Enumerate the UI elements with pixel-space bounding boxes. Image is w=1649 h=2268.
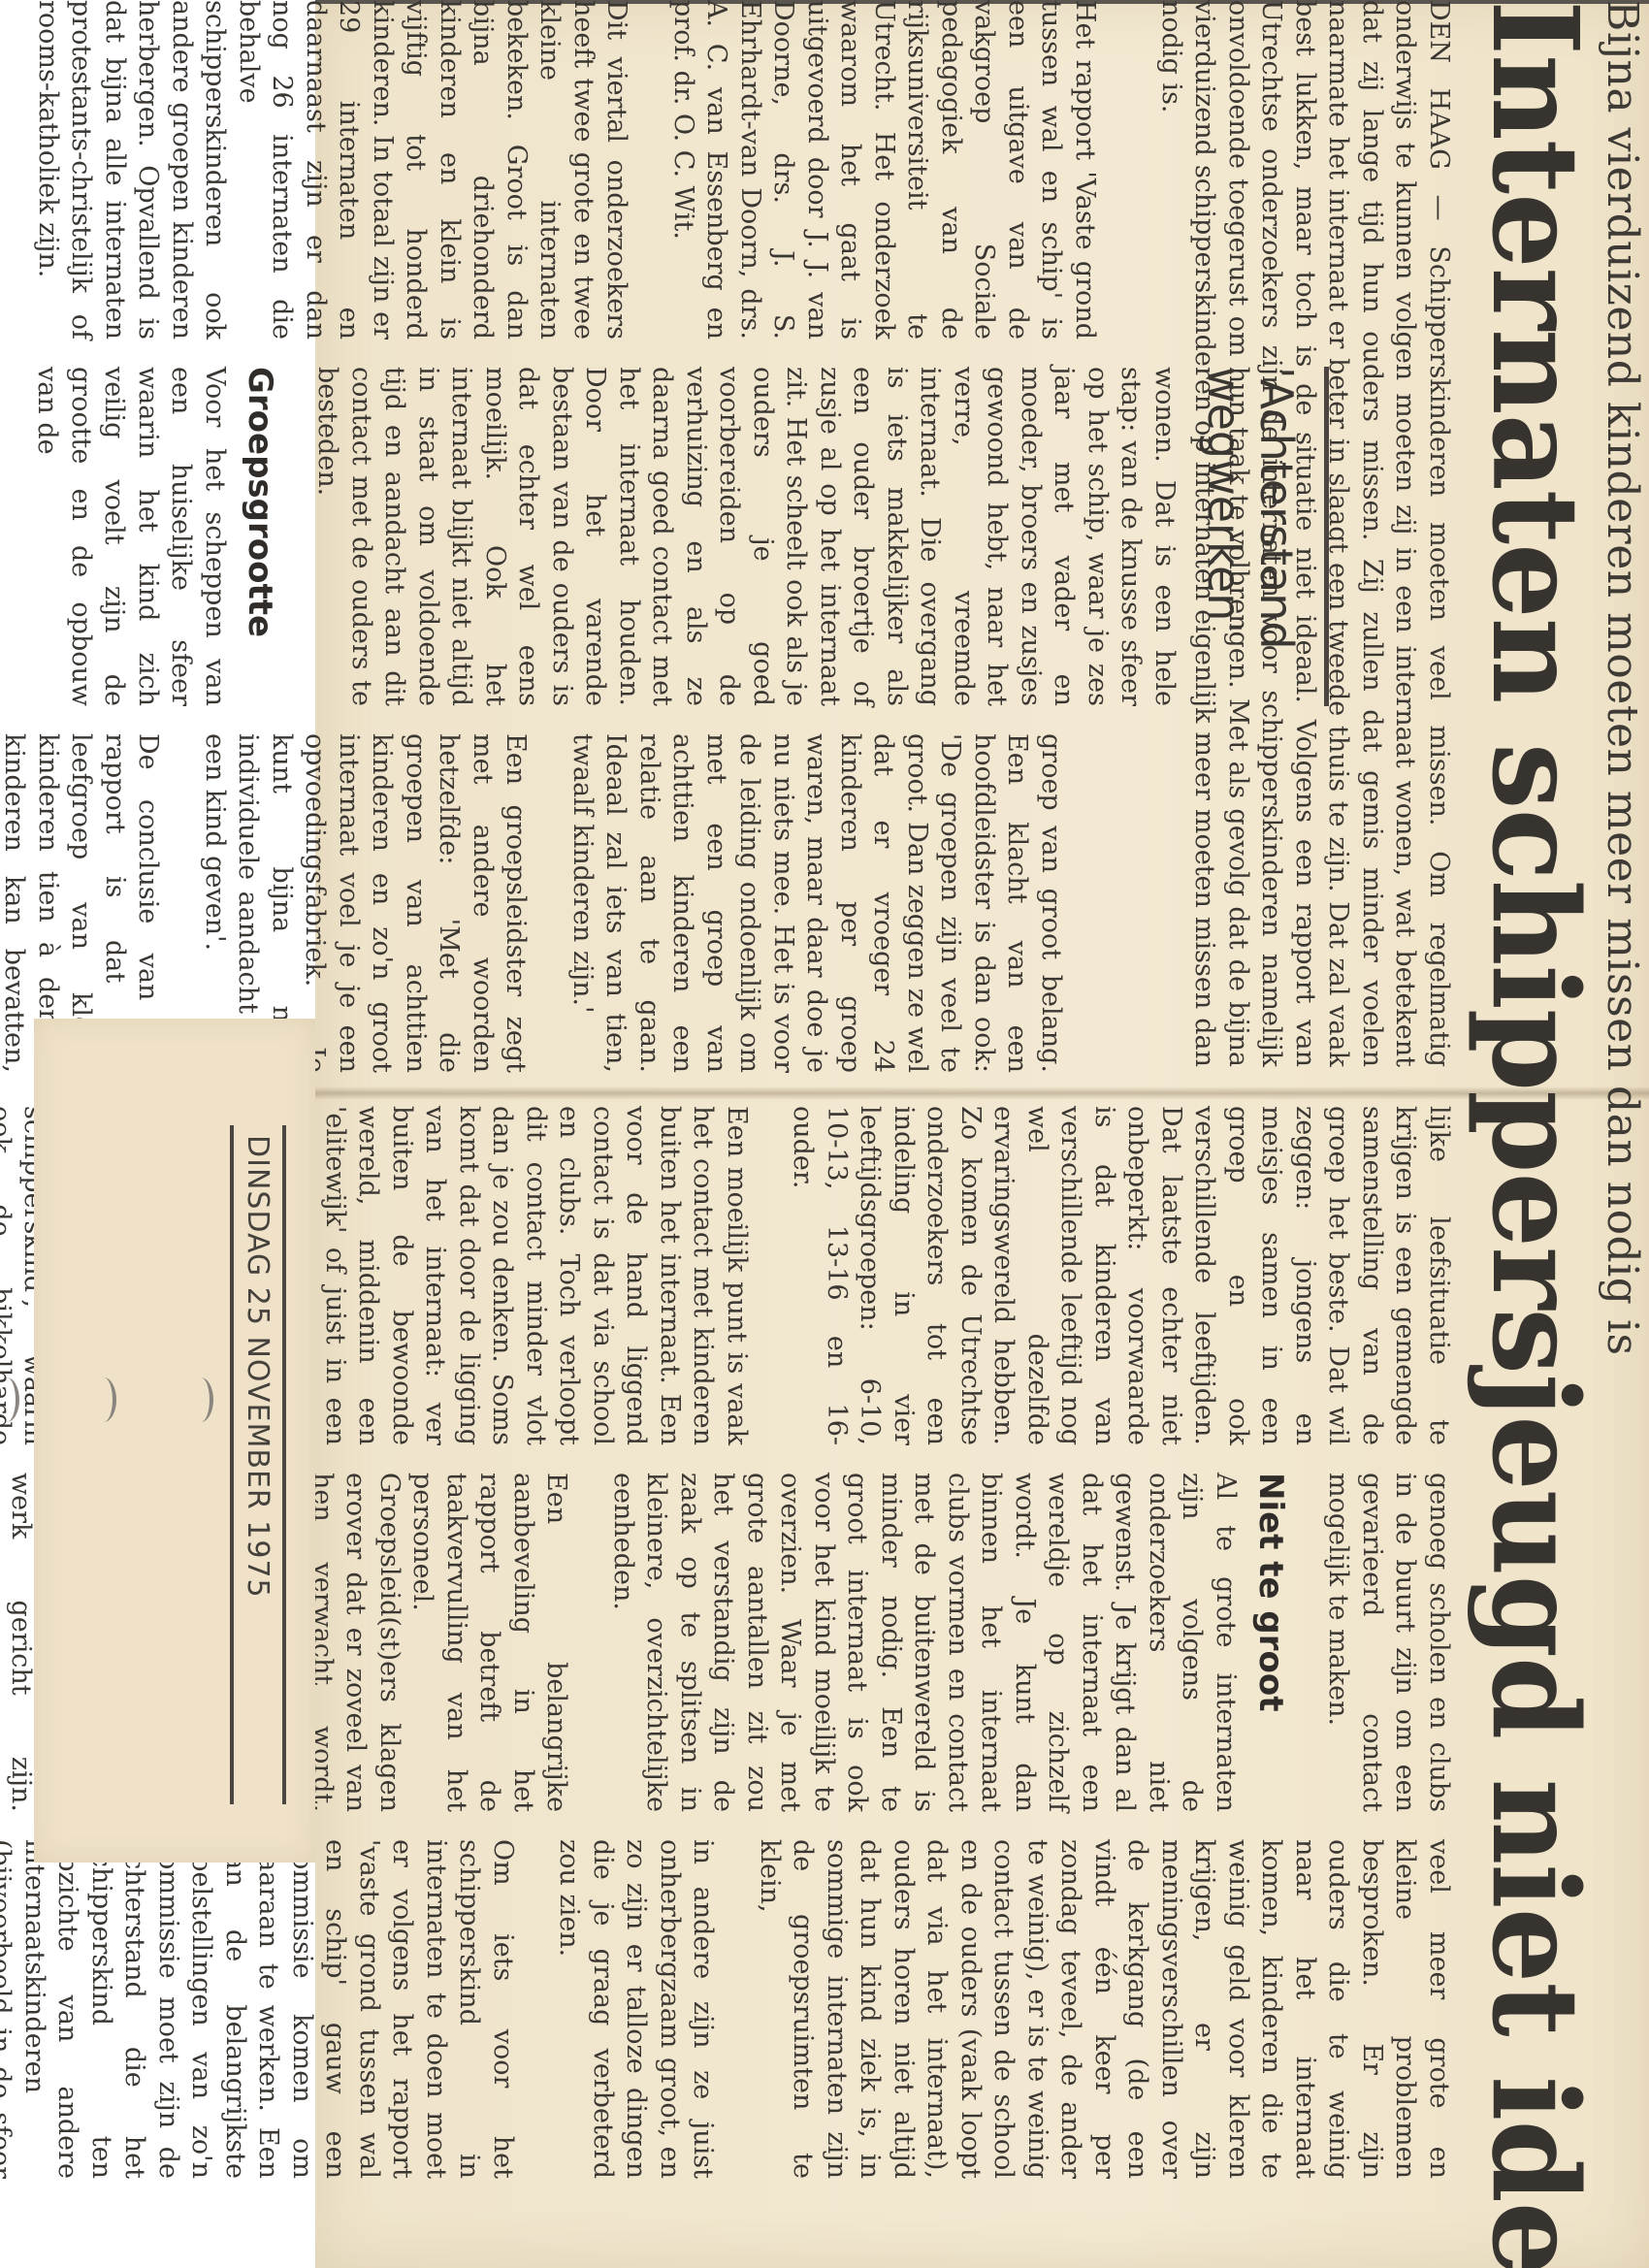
article-paragraph: wonen. Dat is een hele stap: van de knus… (310, 367, 1180, 706)
article-paragraph: Om iets voor het schipperskind in intern… (0, 1839, 519, 2179)
newspaper-clipping: Bijna vierduizend kinderen moeten meer m… (315, 0, 1649, 2268)
section-subheading: Groepsgrootte (239, 367, 281, 706)
rotated-scan: Bijna vierduizend kinderen moeten meer m… (0, 0, 1649, 2268)
article-column-2: 'Achterstand wegwerken'wonen. Dat is een… (30, 367, 1329, 706)
punch-hole-icon (91, 1377, 116, 1422)
box-heading: 'Achterstand wegwerken' (1180, 367, 1329, 706)
article-paragraph: Dit viertal onderzoekers heeft twee grot… (31, 0, 633, 340)
article-paragraph: Het rapport 'Vaste grond tussen wal en s… (666, 0, 1102, 340)
paper-fold (315, 1086, 1649, 1100)
article-column-1: Het rapport 'Vaste grond tussen wal en s… (0, 0, 1101, 340)
article-paragraph: groep van groot belang. Een klacht van e… (566, 733, 1068, 1073)
publication-date: DINSDAG 25 NOVEMBER 1975 (242, 1125, 275, 1599)
article-paragraph: lijke leefsituatie te krijgen is een gem… (786, 1106, 1455, 1445)
date-tab: DINSDAG 25 NOVEMBER 1975 (34, 1019, 315, 1863)
article-paragraph: in andere zijn ze juist onherbergzaam gr… (552, 1839, 720, 2179)
punch-hole-icon (188, 1377, 213, 1422)
headline: Internaten schippersjeugd niet ideaal (1472, 0, 1599, 2268)
article-paragraph: Al te grote internaten zijn volgens de o… (606, 1473, 1243, 1812)
date-rule: DINSDAG 25 NOVEMBER 1975 (230, 1125, 286, 1804)
section-subheading: Niet te groot (1249, 1473, 1292, 1812)
article-column-6: veel meer grote en kleine problemen besp… (0, 1839, 1455, 2179)
article-paragraph: genoeg scholen en clubs in de buurt zijn… (1321, 1473, 1455, 1812)
article-paragraph: veel meer grote en kleine problemen besp… (753, 1839, 1456, 2179)
article-paragraph: Voor het scheppen van een huiselijke sfe… (30, 367, 231, 706)
